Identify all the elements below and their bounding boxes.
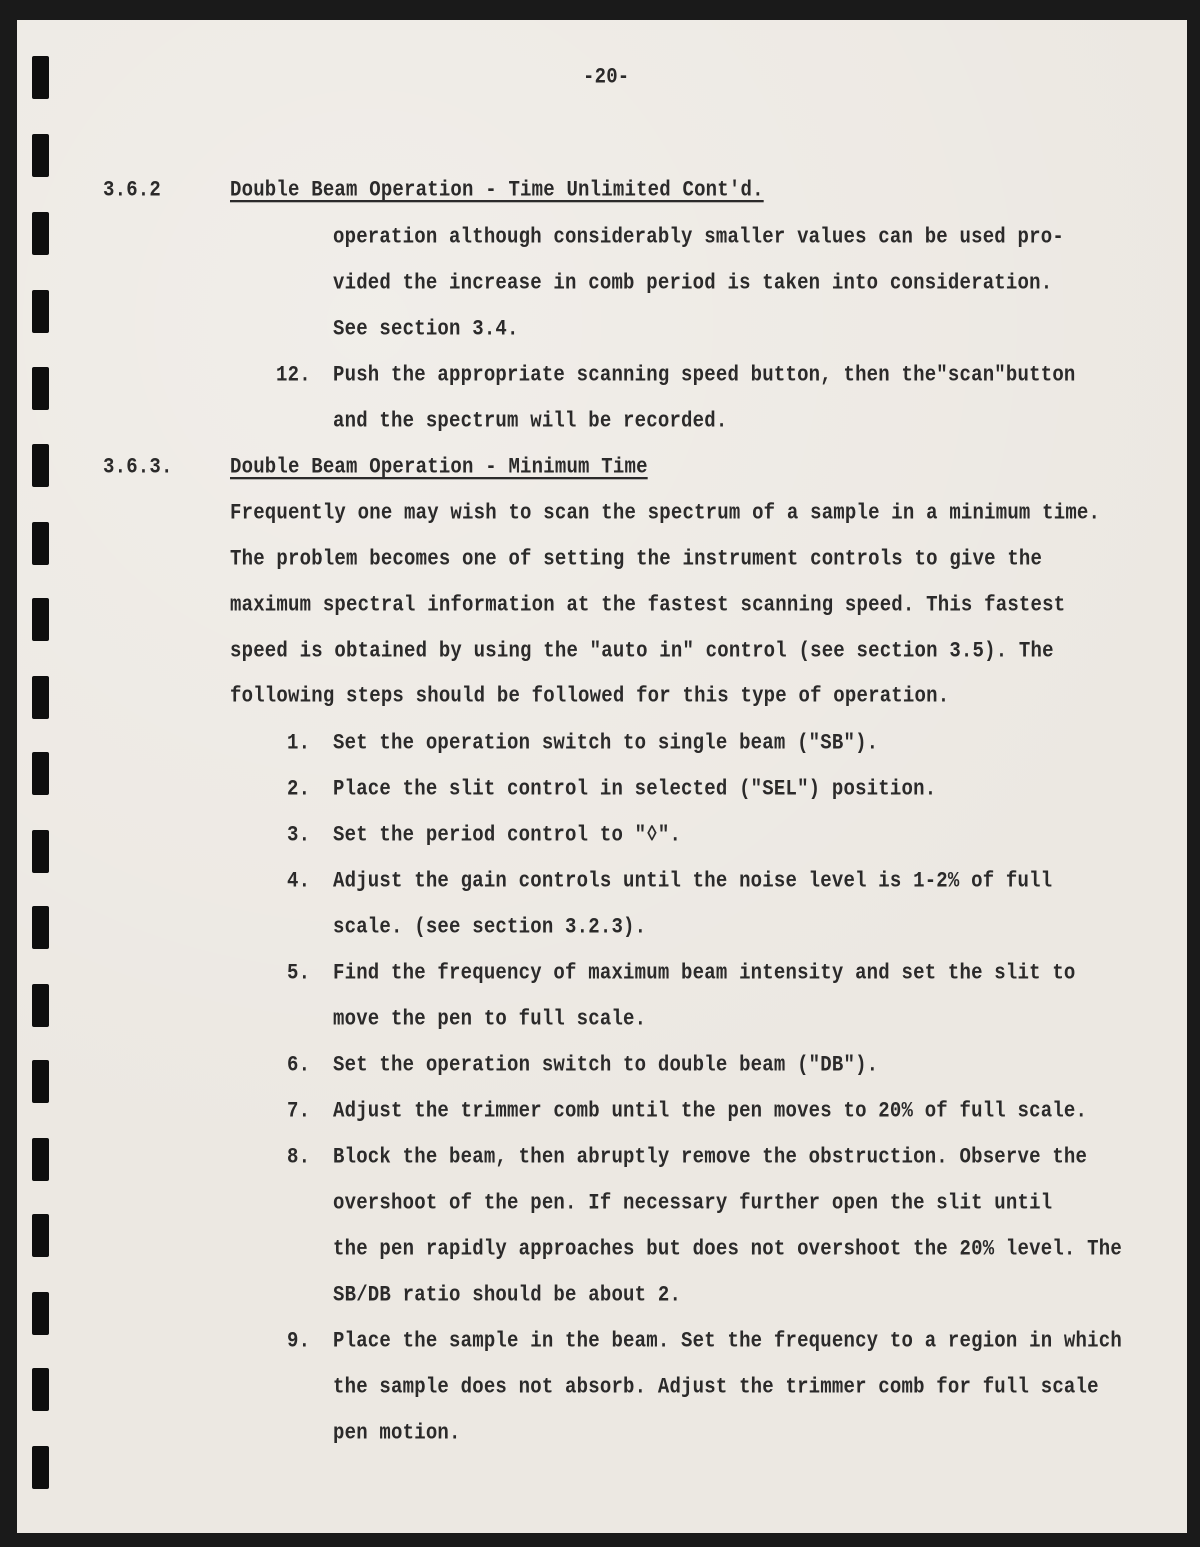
step-text: Set the operation switch to single beam … — [333, 730, 878, 755]
binding-hole — [32, 676, 49, 719]
binding-hole — [32, 1292, 49, 1335]
step-text: SB/DB ratio should be about 2. — [333, 1282, 681, 1307]
paragraph-line: operation although considerably smaller … — [333, 224, 1064, 249]
page-number: -20- — [583, 64, 629, 89]
binding-hole — [32, 984, 49, 1027]
step-text: Block the beam, then abruptly remove the… — [333, 1144, 1087, 1169]
step-number: 9. — [287, 1328, 310, 1353]
section-number: 3.6.3. — [103, 454, 173, 479]
binding-hole — [32, 1368, 49, 1411]
step-number: 2. — [287, 776, 310, 801]
binding-hole — [32, 290, 49, 333]
step-text: the sample does not absorb. Adjust the t… — [333, 1374, 1099, 1399]
step-text: the pen rapidly approaches but does not … — [333, 1236, 1122, 1261]
step-text: and the spectrum will be recorded. — [333, 408, 727, 433]
step-number: 4. — [287, 868, 310, 893]
step-number: 7. — [287, 1098, 310, 1123]
paragraph-line: The problem becomes one of setting the i… — [230, 546, 1042, 571]
binding-hole — [32, 1214, 49, 1257]
step-text: Place the slit control in selected ("SEL… — [333, 776, 936, 801]
step-text: Adjust the gain controls until the noise… — [333, 868, 1052, 893]
binding-hole — [32, 752, 49, 795]
step-number: 3. — [287, 822, 310, 847]
binding-hole — [32, 522, 49, 565]
step-number: 12. — [276, 362, 311, 387]
section-number: 3.6.2 — [103, 177, 161, 202]
paragraph-line: See section 3.4. — [333, 316, 519, 341]
step-number: 5. — [287, 960, 310, 985]
paragraph-line: speed is obtained by using the "auto in"… — [230, 638, 1054, 663]
binding-hole — [32, 212, 49, 255]
binding-hole — [32, 444, 49, 487]
step-text: Adjust the trimmer comb until the pen mo… — [333, 1098, 1087, 1123]
step-text: move the pen to full scale. — [333, 1006, 646, 1031]
paragraph-line: following steps should be followed for t… — [230, 683, 949, 708]
binding-hole — [32, 1138, 49, 1181]
step-text: Set the operation switch to double beam … — [333, 1052, 878, 1077]
step-text: Find the frequency of maximum beam inten… — [333, 960, 1076, 985]
binding-hole — [32, 830, 49, 873]
step-number: 6. — [287, 1052, 310, 1077]
step-text: overshoot of the pen. If necessary furth… — [333, 1190, 1052, 1215]
binding-hole — [32, 367, 49, 410]
binding-hole — [32, 1060, 49, 1103]
paragraph-line: vided the increase in comb period is tak… — [333, 270, 1052, 295]
section-heading: Double Beam Operation - Time Unlimited C… — [230, 177, 764, 202]
binding-hole — [32, 1446, 49, 1489]
step-text: scale. (see section 3.2.3). — [333, 914, 646, 939]
paragraph-line: maximum spectral information at the fast… — [230, 592, 1065, 617]
step-text: Push the appropriate scanning speed butt… — [333, 362, 1076, 387]
section-heading: Double Beam Operation - Minimum Time — [230, 454, 648, 479]
step-number: 1. — [287, 730, 310, 755]
binding-hole — [32, 906, 49, 949]
step-text: Set the period control to "◊". — [333, 822, 681, 847]
step-text: Place the sample in the beam. Set the fr… — [333, 1328, 1122, 1353]
step-number: 8. — [287, 1144, 310, 1169]
paragraph-line: Frequently one may wish to scan the spec… — [230, 500, 1100, 525]
binding-hole — [32, 598, 49, 641]
step-text: pen motion. — [333, 1420, 461, 1445]
binding-hole — [32, 134, 49, 177]
binding-hole — [32, 56, 49, 99]
